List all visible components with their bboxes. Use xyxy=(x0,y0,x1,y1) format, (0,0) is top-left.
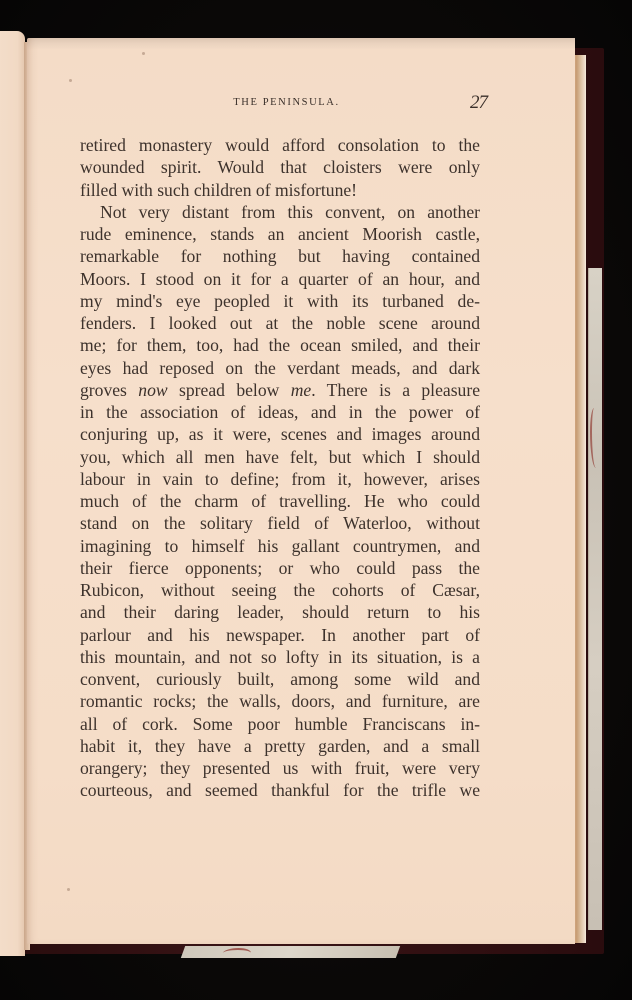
text-line: habit it, they have a pretty garden, and… xyxy=(80,735,480,757)
text-line: parlour and his newspaper. In another pa… xyxy=(80,624,480,646)
book-photo: THE PENINSULA. 27 retired monastery woul… xyxy=(0,0,632,1000)
text-line: fenders. I looked out at the noble scene… xyxy=(80,312,480,334)
text-line: this mountain, and not so lofty in its s… xyxy=(80,646,480,668)
text-line: much of the charm of travelling. He who … xyxy=(80,490,480,512)
foxing-spot xyxy=(67,888,70,891)
text-line: eyes had reposed on the verdant meads, a… xyxy=(80,357,480,379)
text-line: and their daring leader, should return t… xyxy=(80,601,480,623)
running-head: THE PENINSULA. 27 xyxy=(80,92,487,112)
text-line: labour in vain to define; from it, howev… xyxy=(80,468,480,490)
text-line: rude eminence, stands an ancient Moorish… xyxy=(80,223,480,245)
text-line: wounded spirit. Would that cloisters wer… xyxy=(80,156,480,178)
text-line: stand on the solitary field of Waterloo,… xyxy=(80,512,480,534)
text-line: romantic rocks; the walls, doors, and fu… xyxy=(80,690,480,712)
marbled-endpaper-bottom xyxy=(181,946,400,958)
text-line: filled with such children of misfortune! xyxy=(80,179,480,201)
italic-word: me xyxy=(291,380,312,400)
text-line: me; for them, too, had the ocean smiled,… xyxy=(80,334,480,356)
text-line: in the association of ideas, and in the … xyxy=(80,401,480,423)
text-span: . There is a pleasure xyxy=(311,380,480,400)
text-line: Not very distant from this convent, on a… xyxy=(80,201,480,223)
page-number: 27 xyxy=(470,92,487,114)
text-line: convent, curiously built, among some wil… xyxy=(80,668,480,690)
text-line: their fierce opponents; or who could pas… xyxy=(80,557,480,579)
text-line: Rubicon, without seeing the cohorts of C… xyxy=(80,579,480,601)
text-span: spread below xyxy=(168,380,291,400)
running-title: THE PENINSULA. xyxy=(80,97,487,108)
marbled-endpaper-right xyxy=(588,268,602,930)
text-span: groves xyxy=(80,380,138,400)
text-line: groves now spread below me. There is a p… xyxy=(80,379,480,401)
text-line: remarkable for nothing but having contai… xyxy=(80,245,480,267)
text-line: imagining to himself his gallant country… xyxy=(80,535,480,557)
text-line: my mind's eye peopled it with its turban… xyxy=(80,290,480,312)
text-line: courteous, and seemed thankful for the t… xyxy=(80,779,480,801)
text-line: Moors. I stood on it for a quarter of an… xyxy=(80,268,480,290)
body-text: retired monastery would afford consolati… xyxy=(80,134,480,802)
text-line: conjuring up, as it were, scenes and ima… xyxy=(80,423,480,445)
text-line: orangery; they presented us with fruit, … xyxy=(80,757,480,779)
foxing-spot xyxy=(69,79,72,82)
text-line: all of cork. Some poor humble Franciscan… xyxy=(80,713,480,735)
text-line: retired monastery would afford consolati… xyxy=(80,134,480,156)
italic-word: now xyxy=(138,380,167,400)
foxing-spot xyxy=(142,52,145,55)
text-line: you, which all men have felt, but which … xyxy=(80,446,480,468)
facing-page-edge xyxy=(0,31,25,956)
